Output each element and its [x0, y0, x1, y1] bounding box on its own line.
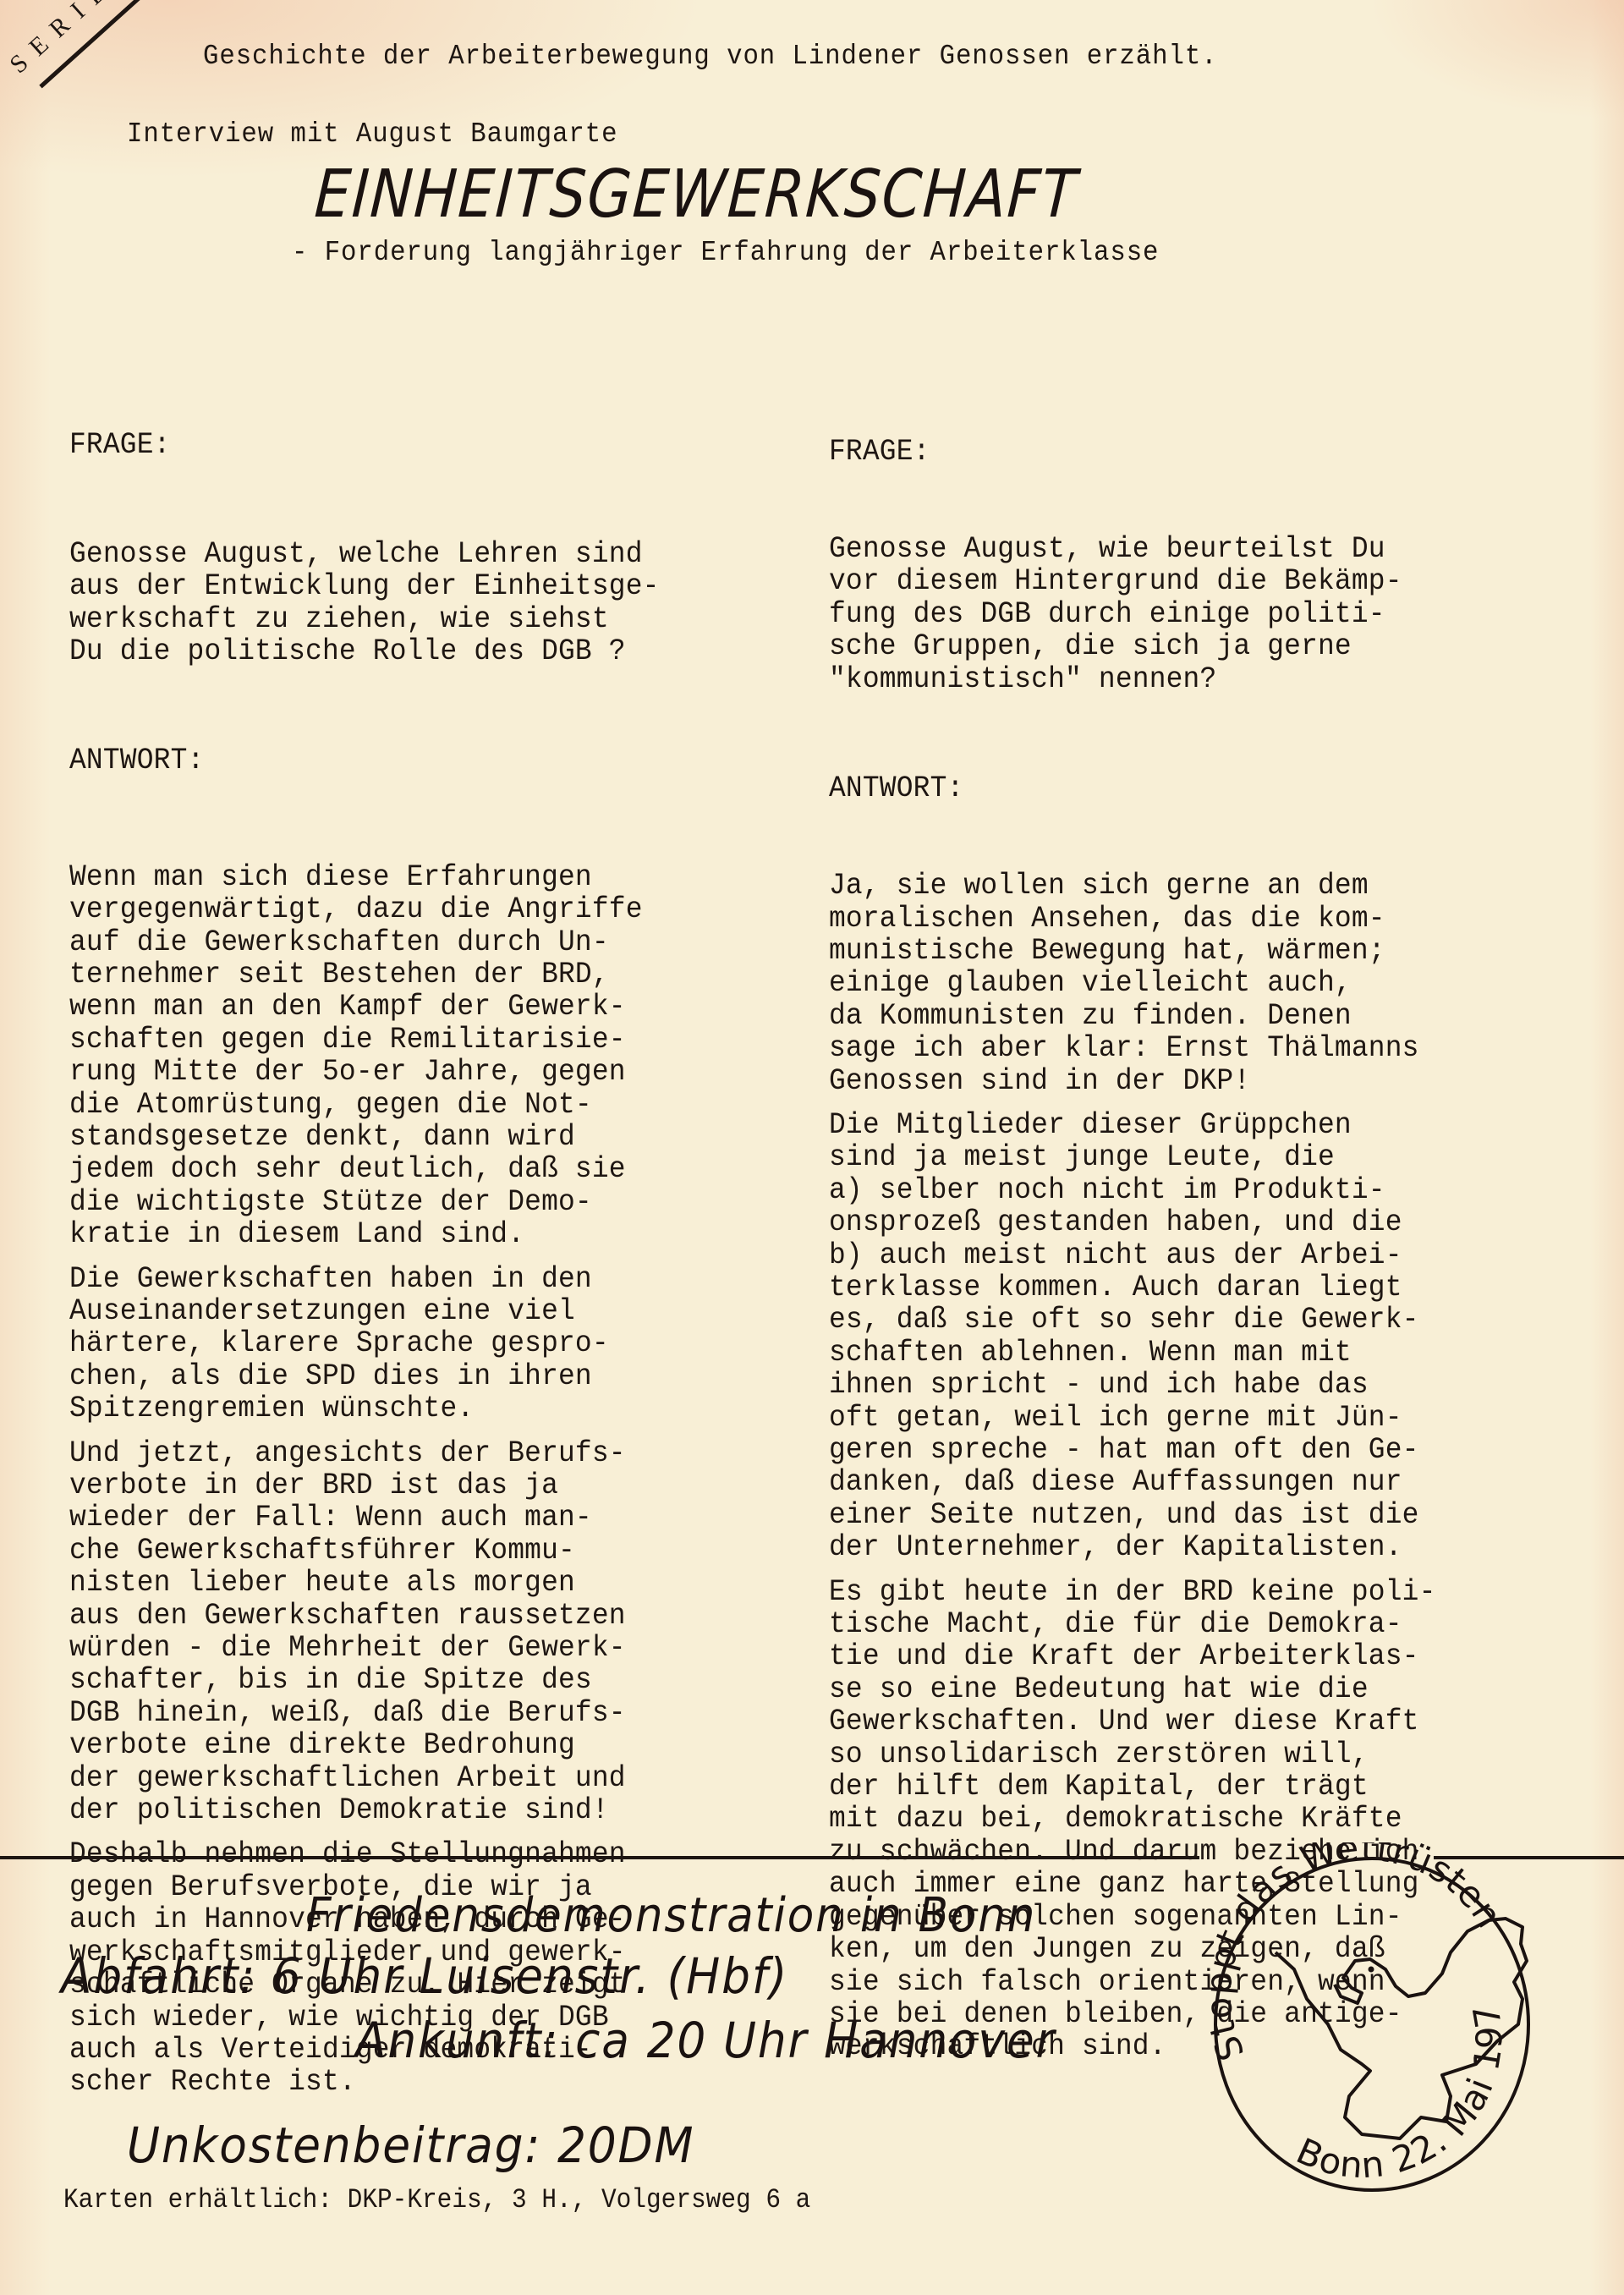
text-line: munistische Bewegung hat, wärmen;	[829, 935, 1512, 967]
left-column: FRAGE: Genosse August, welche Lehren sin…	[69, 364, 753, 2143]
text-line: kratie in diesem Land sind.	[69, 1218, 753, 1250]
text-line: Gewerkschaften. Und wer diese Kraft	[829, 1705, 1512, 1738]
text-line: Auseinandersetzungen eine viel	[69, 1295, 753, 1327]
text-line: die Atomrüstung, gegen die Not-	[69, 1089, 753, 1121]
question-text: Genosse August, welche Lehren sindaus de…	[69, 538, 753, 668]
text-line: werkschaft zu ziehen, wie siehst	[69, 603, 753, 635]
text-line: tie und die Kraft der Arbeiterklas-	[829, 1640, 1512, 1672]
text-line: onsprozeß gestanden haben, und die	[829, 1206, 1512, 1238]
text-line: würden - die Mehrheit der Gewerk-	[69, 1632, 753, 1664]
text-line: verbote eine direkte Bedrohung	[69, 1729, 753, 1761]
text-line: da Kommunisten zu finden. Denen	[829, 1000, 1512, 1032]
answer-paragraph: Wenn man sich diese Erfahrungenvergegenw…	[69, 861, 753, 1251]
text-line: härtere, klarere Sprache gespro-	[69, 1327, 753, 1359]
text-line: der politischen Demokratie sind!	[69, 1794, 753, 1826]
text-line: nisten lieber heute als morgen	[69, 1567, 753, 1599]
text-line: Die Gewerkschaften haben in den	[69, 1263, 753, 1295]
text-line: es, daß sie oft so sehr die Gewerk-	[829, 1304, 1512, 1336]
text-line: Genosse August, wie beurteilst Du	[829, 533, 1512, 565]
text-line: DGB hinein, weiß, daß die Berufs-	[69, 1697, 753, 1729]
text-line: einige glauben vielleicht auch,	[829, 967, 1512, 999]
answer-paragraph: Die Mitglieder dieser Grüppchensind ja m…	[829, 1109, 1512, 1564]
text-line: sage ich aber klar: Ernst Thälmanns	[829, 1032, 1512, 1064]
text-line: wieder der Fall: Wenn auch man-	[69, 1502, 753, 1534]
text-line: verbote in der BRD ist das ja	[69, 1469, 753, 1502]
text-line: a) selber noch nicht im Produkti-	[829, 1174, 1512, 1206]
text-line: terklasse kommen. Auch daran liegt	[829, 1271, 1512, 1304]
text-line: tische Macht, die für die Demokra-	[829, 1608, 1512, 1640]
section-divider	[0, 1856, 1199, 1859]
series-title: Geschichte der Arbeiterbewegung von Lind…	[203, 41, 1218, 72]
peace-dove-icon: Stoppt das Wettrüsten Bonn 22. Mai 1976	[1193, 1842, 1548, 2198]
text-line: fung des DGB durch einige politi-	[829, 598, 1512, 630]
text-line: danken, daß diese Auffassungen nur	[829, 1466, 1512, 1498]
text-line: aus den Gewerkschaften raussetzen	[69, 1600, 753, 1632]
answer-label: ANTWORT:	[69, 744, 753, 777]
text-line: sche Gruppen, die sich ja gerne	[829, 630, 1512, 662]
text-line: standsgesetze denkt, dann wird	[69, 1121, 753, 1153]
text-line: "kommunistisch" nennen?	[829, 663, 1512, 695]
text-line: b) auch meist nicht aus der Arbei-	[829, 1239, 1512, 1271]
text-line: Es gibt heute in der BRD keine poli-	[829, 1576, 1512, 1608]
text-line: geren spreche - hat man oft den Ge-	[829, 1434, 1512, 1466]
answer-label: ANTWORT:	[829, 772, 1512, 804]
text-line: Ja, sie wollen sich gerne an dem	[829, 870, 1512, 902]
text-line: mit dazu bei, demokratische Kräfte	[829, 1803, 1512, 1835]
text-line: Genossen sind in der DKP!	[829, 1065, 1512, 1097]
text-line: einer Seite nutzen, und das ist die	[829, 1499, 1512, 1531]
question-text: Genosse August, wie beurteilst Duvor die…	[829, 533, 1512, 695]
text-line: aus der Entwicklung der Einheitsge-	[69, 570, 753, 602]
text-line: wenn man an den Kampf der Gewerk-	[69, 991, 753, 1023]
text-line: Die Mitglieder dieser Grüppchen	[829, 1109, 1512, 1141]
interview-line: Interview mit August Baumgarte	[127, 118, 617, 150]
text-line: jedem doch sehr deutlich, daß sie	[69, 1153, 753, 1185]
stamp-top-text: Stoppt das Wettrüsten	[1198, 1842, 1511, 2067]
text-line: moralischen Ansehen, das die kom-	[829, 903, 1512, 935]
text-line: vor diesem Hintergrund die Bekämp-	[829, 565, 1512, 597]
text-line: der Unternehmer, der Kapitalisten.	[829, 1531, 1512, 1563]
answer-paragraph: Ja, sie wollen sich gerne an demmoralisc…	[829, 870, 1512, 1097]
peace-stamp: Stoppt das Wettrüsten Bonn 22. Mai 1976	[1193, 1842, 1548, 2198]
text-line: Deshalb nehmen die Stellungnahmen	[69, 1838, 753, 1870]
announcement-departure: Abfahrt: 6 Uhr Luisenstr. (Hbf)	[61, 1947, 788, 2005]
text-line: che Gewerkschaftsführer Kommu-	[69, 1535, 753, 1567]
question-label: FRAGE:	[829, 436, 1512, 468]
announcement-fee: Unkostenbeitrag: 20DM	[127, 2117, 694, 2174]
text-line: Genosse August, welche Lehren sind	[69, 538, 753, 570]
text-line: ihnen spricht - und ich habe das	[829, 1369, 1512, 1401]
text-line: der hilft dem Kapital, der trägt	[829, 1771, 1512, 1803]
text-line: vergegenwärtigt, dazu die Angriffe	[69, 893, 753, 925]
text-line: Spitzengremien wünschte.	[69, 1392, 753, 1425]
text-line: ternehmer seit Bestehen der BRD,	[69, 958, 753, 991]
text-line: Wenn man sich diese Erfahrungen	[69, 861, 753, 893]
svg-text:Stoppt das Wettrüsten: Stoppt das Wettrüsten	[1198, 1842, 1511, 2067]
answer-paragraph: Und jetzt, angesichts der Berufs-verbote…	[69, 1437, 753, 1827]
answer-paragraph: Die Gewerkschaften haben in denAuseinand…	[69, 1263, 753, 1425]
text-line: schafter, bis in die Spitze des	[69, 1664, 753, 1696]
text-line: sind ja meist junge Leute, die	[829, 1141, 1512, 1173]
page-title: EINHEITSGEWERKSCHAFT	[313, 156, 1080, 233]
text-line: auf die Gewerkschaften durch Un-	[69, 926, 753, 958]
text-line: scher Rechte ist.	[69, 2066, 753, 2098]
tickets-info: Karten erhältlich: DKP-Kreis, 3 H., Volg…	[63, 2184, 810, 2215]
text-line: schaften ablehnen. Wenn man mit	[829, 1337, 1512, 1369]
announcement-arrival: Ankunft: ca 20 Uhr Hannover	[355, 2012, 1056, 2069]
text-line: Du die politische Rolle des DGB ?	[69, 635, 753, 667]
text-line: oft getan, weil ich gerne mit Jün-	[829, 1402, 1512, 1434]
announcement-title: Friedensdemonstration in Bonn	[306, 1888, 1036, 1943]
text-line: Und jetzt, angesichts der Berufs-	[69, 1437, 753, 1469]
text-line: rung Mitte der 5o-er Jahre, gegen	[69, 1056, 753, 1088]
subtitle: - Forderung langjähriger Erfahrung der A…	[292, 237, 1159, 268]
text-line: chen, als die SPD dies in ihren	[69, 1360, 753, 1392]
text-line: die wichtigste Stütze der Demo-	[69, 1186, 753, 1218]
text-line: der gewerkschaftlichen Arbeit und	[69, 1762, 753, 1794]
question-label: FRAGE:	[69, 429, 753, 461]
text-line: so unsolidarisch zerstören will,	[829, 1738, 1512, 1771]
text-line: schaften gegen die Remilitarisie-	[69, 1024, 753, 1056]
text-line: se so eine Bedeutung hat wie die	[829, 1673, 1512, 1705]
